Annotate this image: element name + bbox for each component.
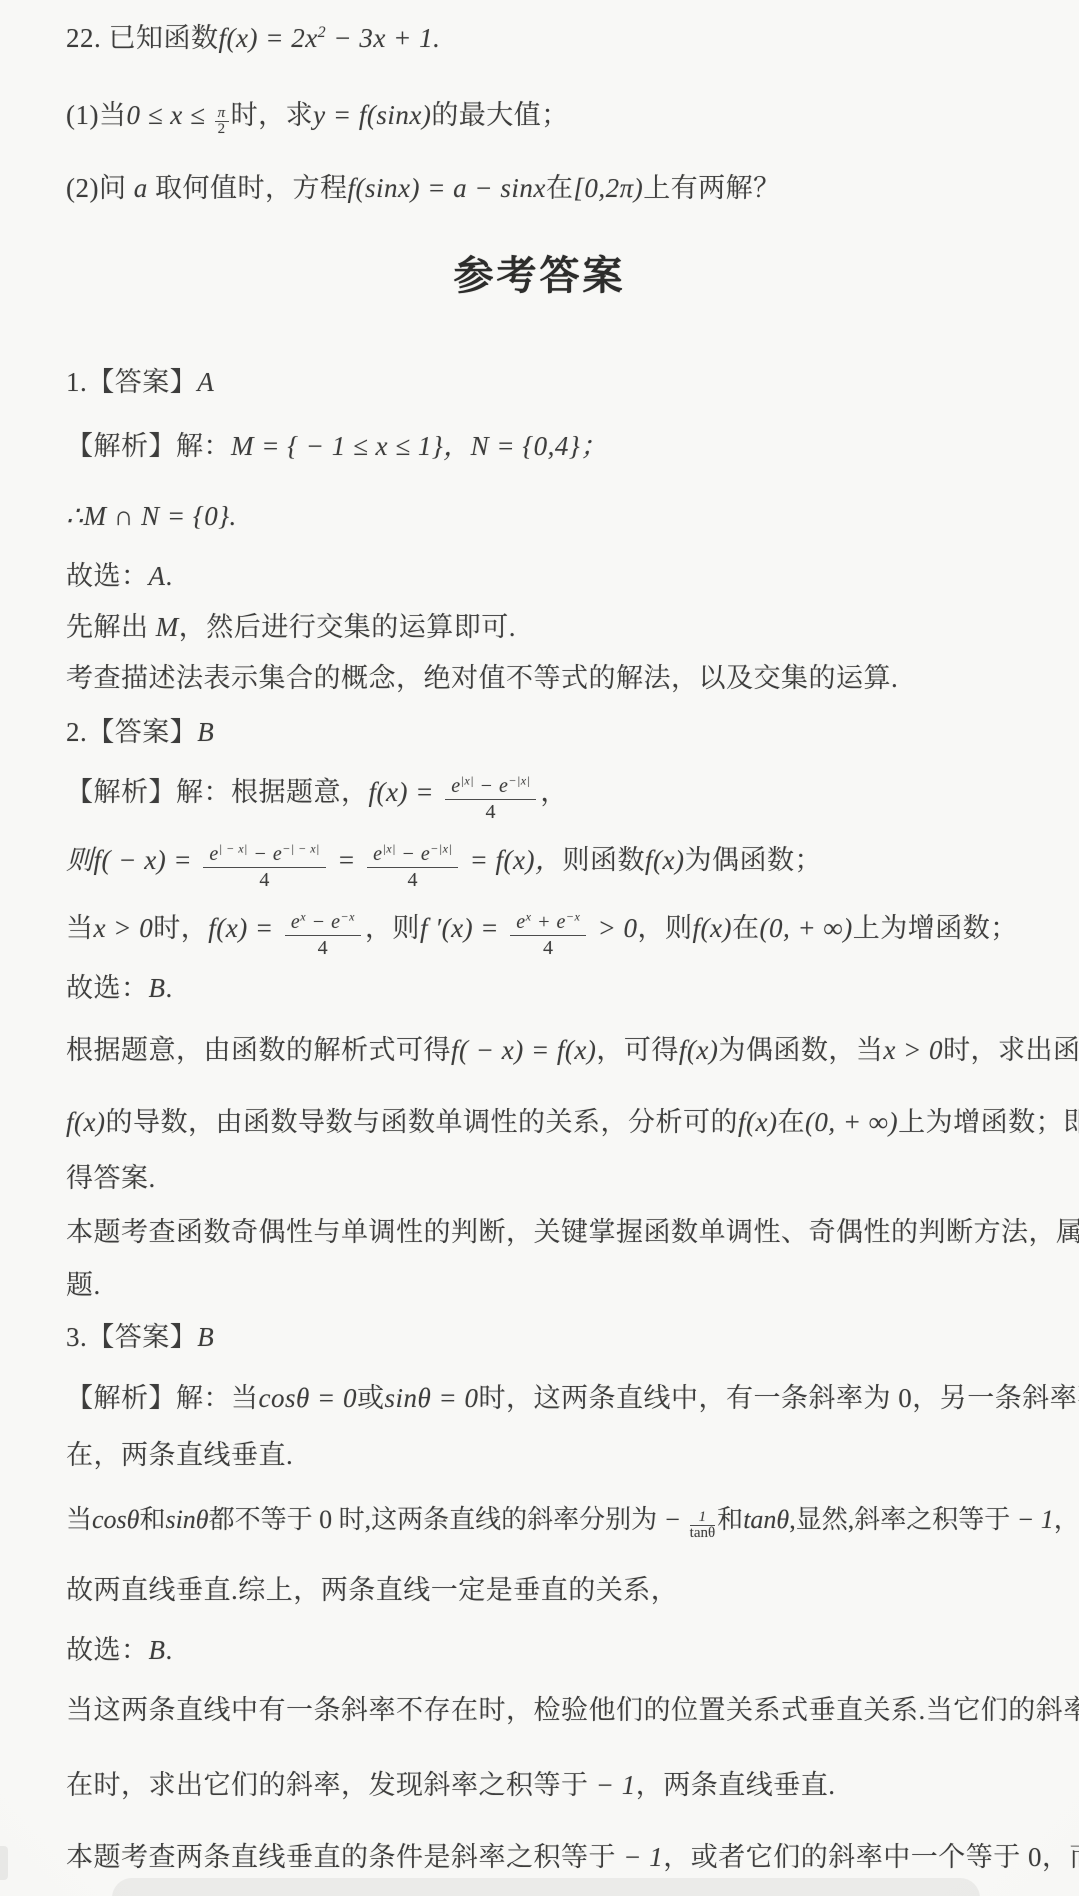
- math-run: 0 ≤ x ≤: [126, 100, 212, 130]
- answer2-note-line4: 本题考查函数奇偶性与单调性的判断，关键掌握函数单调性、奇偶性的判断方法，属于基础: [66, 1212, 1016, 1252]
- problem-22-part1-line: (1)当0 ≤ x ≤ π2时，求y = f(sinx)的最大值；: [66, 95, 1016, 137]
- answer3-choice-line: 故选：B.: [66, 1630, 1016, 1670]
- math-run: sinθ = 0: [384, 1383, 478, 1413]
- math-run: − 1: [616, 1842, 663, 1872]
- text-run: 上有两解？: [643, 173, 781, 203]
- text-run: 先解出: [66, 612, 156, 642]
- text-run: .: [166, 1635, 173, 1665]
- text-run: 3.【答案】: [66, 1322, 197, 1352]
- math-run: f ′(x) =: [420, 913, 506, 943]
- text-run: 故两直线垂直.综上，两条直线一定是垂直的关系，: [66, 1575, 678, 1605]
- math-run: f(x): [738, 1107, 777, 1137]
- exponent: −|x|: [508, 773, 530, 787]
- numerator: e|x| − e−|x|: [367, 842, 458, 868]
- answer2-label-line: 2.【答案】B: [66, 712, 1016, 752]
- text-run: 【解析】解：当: [66, 1383, 259, 1413]
- text-run: 故选：: [66, 561, 149, 591]
- answer2-note-line1: 根据题意，由函数的解析式可得f( − x) = f(x)，可得f(x)为偶函数，…: [66, 1030, 1016, 1070]
- text-run: 的导数，由函数导数与函数单调性的关系，分析可的: [105, 1107, 738, 1137]
- text-run: 时，这两条直线中，有一条斜率为 0，另一条斜率不存: [478, 1383, 1079, 1413]
- exponent: |x|: [461, 773, 474, 787]
- text-run: 【解析】解：根据题意，: [66, 777, 369, 807]
- text-run: 则函数: [563, 845, 646, 875]
- answer2-note-line5: 题.: [66, 1265, 1016, 1305]
- exponent: 2: [318, 24, 327, 41]
- math-run: − 3x + 1.: [326, 23, 440, 53]
- math-run: e: [451, 775, 460, 797]
- fraction: 1tanθ: [690, 1509, 716, 1541]
- math-run: [0,2π): [573, 173, 643, 203]
- text-run: ，: [1054, 1505, 1079, 1534]
- answer2-analysis-line3: 当x > 0时，f(x) = ex − e−x4，则f ′(x) = ex + …: [66, 908, 1016, 959]
- denominator: 4: [510, 936, 586, 959]
- math-run: f(x): [66, 1107, 105, 1137]
- text-run: 22. 已知函数: [66, 23, 219, 53]
- math-run: f(x) = 2x: [219, 23, 318, 53]
- numerator: π: [215, 105, 229, 122]
- denominator: 4: [445, 800, 536, 823]
- math-run: ∴M ∩ N = {0}.: [66, 501, 237, 531]
- math-run: + e: [532, 911, 566, 933]
- exponent: −| − x|: [282, 841, 320, 855]
- answer2-analysis-line2: 则f( − x) = e| − x| − e−| − x|4 = e|x| − …: [66, 840, 1016, 891]
- math-run: f(x): [679, 1035, 718, 1065]
- answer-letter: B: [197, 1322, 214, 1352]
- text-run: 的最大值；: [431, 100, 569, 130]
- fraction: ex − e−x4: [285, 910, 361, 959]
- exponent: |x|: [382, 841, 395, 855]
- text-run: 【解析】解：: [66, 431, 231, 461]
- math-run: f(x): [693, 913, 732, 943]
- answer3-analysis-line1: 【解析】解：当cosθ = 0或sinθ = 0时，这两条直线中，有一条斜率为 …: [66, 1378, 1016, 1418]
- text-run: 在: [777, 1107, 805, 1137]
- text-run: 1.【答案】: [66, 367, 197, 397]
- text-run: 考查描述法表示集合的概念，绝对值不等式的解法，以及交集的运算.: [66, 663, 898, 693]
- math-run: f(x) =: [369, 777, 442, 807]
- text-run: 时，: [153, 913, 208, 943]
- text-run: 根据题意，由函数的解析式可得: [66, 1035, 451, 1065]
- text-run: .: [166, 973, 173, 1003]
- fraction: e| − x| − e−| − x|4: [203, 842, 325, 891]
- problem-22-line: 22. 已知函数f(x) = 2x2 − 3x + 1.: [66, 18, 1016, 58]
- answer3-note-line2: 在时，求出它们的斜率，发现斜率之积等于 − 1，两条直线垂直.: [66, 1765, 1016, 1805]
- fraction: e|x| − e−|x|4: [445, 774, 536, 823]
- text-run: 都不等于 0 时,这两条直线的斜率分别为: [209, 1505, 658, 1534]
- answer1-analysis-line2: ∴M ∩ N = {0}.: [66, 496, 1016, 536]
- fraction: ex + e−x4: [510, 910, 586, 959]
- math-run: f( − x) = f(x): [451, 1035, 596, 1065]
- text-run: 当这两条直线中有一条斜率不存在时，检验他们的位置关系式垂直关系.当它们的斜率都存: [66, 1695, 1079, 1725]
- text-run: 和: [139, 1505, 165, 1534]
- math-run: − e: [306, 911, 340, 933]
- answer1-note-line1: 先解出 M，然后进行交集的运算即可.: [66, 607, 1016, 647]
- text-run: 题.: [66, 1270, 101, 1300]
- answer1-choice-line: 故选：A.: [66, 556, 1016, 596]
- math-run: 则f( − x) =: [66, 845, 199, 875]
- math-run: − e: [474, 775, 508, 797]
- numerator: ex + e−x: [510, 910, 586, 936]
- document-page: 22. 已知函数f(x) = 2x2 − 3x + 1. (1)当0 ≤ x ≤…: [0, 0, 1079, 1896]
- text-run: (1)当: [66, 100, 126, 130]
- answer3-label-line: 3.【答案】B: [66, 1317, 1016, 1357]
- numerator: e| − x| − e−| − x|: [203, 842, 325, 868]
- answer1-note-line2: 考查描述法表示集合的概念，绝对值不等式的解法，以及交集的运算.: [66, 658, 1016, 698]
- text-run: ，: [540, 777, 568, 807]
- text-run: 在，两条直线垂直.: [66, 1440, 293, 1470]
- numerator: 1: [690, 1509, 716, 1526]
- text-run: 2.【答案】: [66, 717, 197, 747]
- answer2-analysis-line1: 【解析】解：根据题意，f(x) = e|x| − e−|x|4，: [66, 772, 1016, 823]
- exponent: −|x|: [430, 841, 452, 855]
- math-run: cosθ: [92, 1505, 139, 1534]
- answer3-note-line3: 本题考查两条直线垂直的条件是斜率之积等于 − 1，或者它们的斜率中一个等于 0，…: [66, 1837, 1016, 1877]
- answers-heading: 参考答案: [0, 244, 1079, 301]
- denominator: tanθ: [690, 1526, 716, 1541]
- text-run: 当: [66, 1505, 92, 1534]
- text-run: ，则: [638, 913, 693, 943]
- math-run: f(x): [645, 845, 684, 875]
- text-run: 上为增函数；即可: [898, 1107, 1079, 1137]
- math-run: = f(x)，: [462, 845, 562, 875]
- text-run: 时，求: [231, 100, 314, 130]
- math-run: f(x) =: [208, 913, 281, 943]
- answer-letter: B: [197, 717, 214, 747]
- answer-letter: B: [149, 1635, 166, 1665]
- denominator: 4: [285, 936, 361, 959]
- answer3-analysis-line3: 当cosθ和sinθ都不等于 0 时,这两条直线的斜率分别为 − 1tanθ和t…: [66, 1500, 1016, 1541]
- answer-letter: A: [197, 367, 214, 397]
- math-run: > 0: [590, 913, 637, 943]
- math-run: tanθ: [743, 1505, 789, 1534]
- text-run: ，可得: [596, 1035, 679, 1065]
- math-run: (0, + ∞): [805, 1107, 898, 1137]
- text-run: 本题考查函数奇偶性与单调性的判断，关键掌握函数单调性、奇偶性的判断方法，属于基础: [66, 1217, 1079, 1247]
- text-run: 在: [732, 913, 760, 943]
- page-edge-shadow: [0, 1846, 8, 1880]
- math-run: =: [330, 845, 363, 875]
- math-run: − e: [248, 843, 282, 865]
- answer1-analysis-line1: 【解析】解：M = { − 1 ≤ x ≤ 1}，N = {0,4}；: [66, 426, 1016, 466]
- math-run: y = f(sinx): [313, 100, 431, 130]
- math-run: x > 0: [883, 1035, 943, 1065]
- text-run: ，则: [365, 913, 420, 943]
- denominator: 2: [215, 122, 229, 137]
- math-run: − 1: [589, 1770, 636, 1800]
- text-run: 得答案.: [66, 1163, 156, 1193]
- numerator: e|x| − e−|x|: [445, 774, 536, 800]
- math-run: e: [209, 843, 218, 865]
- math-run: x > 0: [94, 913, 154, 943]
- text-run: 为偶函数，当: [718, 1035, 883, 1065]
- text-run: 上为增函数；: [853, 913, 1018, 943]
- answer3-analysis-line2: 在，两条直线垂直.: [66, 1435, 1016, 1475]
- exponent: −x: [566, 909, 580, 923]
- answer-letter: A: [149, 561, 166, 591]
- text-run: 取何值时，方程: [148, 173, 348, 203]
- numerator: ex − e−x: [285, 910, 361, 936]
- text-run: 或: [357, 1383, 385, 1413]
- math-run: M: [156, 612, 179, 642]
- answer2-note-line3: 得答案.: [66, 1158, 1016, 1198]
- math-run: e: [516, 911, 525, 933]
- exponent: −x: [341, 909, 355, 923]
- answer3-analysis-line4: 故两直线垂直.综上，两条直线一定是垂直的关系，: [66, 1570, 1016, 1610]
- math-run: f(sinx) = a − sinx: [347, 173, 545, 203]
- text-run: (2)问: [66, 173, 134, 203]
- text-run: ，然后进行交集的运算即可.: [179, 612, 516, 642]
- math-run: sinθ: [165, 1505, 208, 1534]
- text-run: 在: [546, 173, 574, 203]
- math-run: − e: [396, 843, 430, 865]
- text-run: 故选：: [66, 973, 149, 1003]
- math-run: − 1: [1010, 1505, 1054, 1534]
- bottom-sheet-corner: [112, 1878, 980, 1896]
- answer1-label-line: 1.【答案】A: [66, 362, 1016, 402]
- fraction: e|x| − e−|x|4: [367, 842, 458, 891]
- text-run: 为偶函数；: [684, 845, 822, 875]
- math-run: a: [134, 173, 148, 203]
- math-run: e: [291, 911, 300, 933]
- answer2-note-line2: f(x)的导数，由函数导数与函数单调性的关系，分析可的f(x)在(0, + ∞)…: [66, 1102, 1016, 1142]
- denominator: 4: [367, 868, 458, 891]
- math-run: (0, + ∞): [760, 913, 853, 943]
- math-run: −: [657, 1505, 688, 1534]
- text-run: 当: [66, 913, 94, 943]
- problem-22-part2-line: (2)问 a 取何值时，方程f(sinx) = a − sinx在[0,2π)上…: [66, 168, 1016, 208]
- text-run: .: [166, 561, 173, 591]
- exponent: | − x|: [219, 841, 248, 855]
- text-run: 故选：: [66, 1635, 149, 1665]
- text-run: 时，求出函数: [943, 1035, 1079, 1065]
- text-run: ，两条直线垂直.: [636, 1770, 836, 1800]
- text-run: 和: [717, 1505, 743, 1534]
- math-run: M = { − 1 ≤ x ≤ 1}，N = {0,4}；: [231, 431, 608, 461]
- answer2-choice-line: 故选：B.: [66, 968, 1016, 1008]
- text-run: ,显然,斜率之积等于: [789, 1505, 1010, 1534]
- fraction: π2: [215, 105, 229, 137]
- text-run: ，或者它们的斜率中一个等于 0，而另一: [663, 1842, 1079, 1872]
- math-run: cosθ = 0: [259, 1383, 357, 1413]
- text-run: 在时，求出它们的斜率，发现斜率之积等于: [66, 1770, 589, 1800]
- text-run: 本题考查两条直线垂直的条件是斜率之积等于: [66, 1842, 616, 1872]
- answer-letter: B: [149, 973, 166, 1003]
- denominator: 4: [203, 868, 325, 891]
- answer3-note-line1: 当这两条直线中有一条斜率不存在时，检验他们的位置关系式垂直关系.当它们的斜率都存: [66, 1690, 1016, 1730]
